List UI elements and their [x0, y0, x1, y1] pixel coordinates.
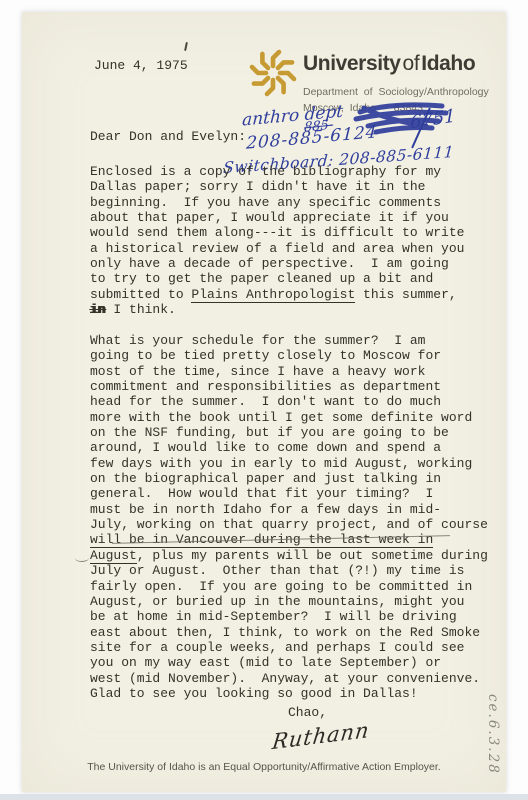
typed-lines: Enclosed is a copy of the bibliography f… [90, 164, 464, 287]
typed-line: July or August. Other than that (?!) my … [90, 563, 488, 578]
line-text: I think. [106, 302, 176, 317]
typed-line: August, plus my parents will be out some… [90, 548, 488, 563]
typed-lines: July or August. Other than that (?!) my … [90, 563, 488, 701]
scanned-letter-page: June 4, 1975 UniversityofIdaho Departmen… [0, 0, 528, 800]
paragraph-2: What is your schedule for the summer? I … [90, 333, 488, 701]
typed-line: few days with you in early to mid August… [90, 456, 488, 471]
university-name-part: University [303, 52, 401, 75]
line-text: , plus my parents will be out sometime d… [137, 548, 488, 563]
paragraph-1: Enclosed is a copy of the bibliography f… [90, 164, 464, 317]
typed-line: about that paper, I would appreciate it … [90, 210, 464, 225]
archival-code-vertical: ce.6.3.28 [485, 694, 501, 775]
typed-line: on the biographical paper and just talki… [90, 471, 488, 486]
typed-line: submitted to Plains Anthropologist this … [90, 287, 464, 302]
typed-line: fairly open. If you are going to be comm… [90, 579, 488, 594]
typed-line: east about then, I think, to work on the… [90, 625, 488, 640]
department-line: Department of Sociology/Anthropology [303, 86, 489, 98]
typed-line: Glad to see you looking so good in Dalla… [90, 686, 488, 701]
typed-line: only have a decade of perspective. I am … [90, 256, 464, 271]
letter-date: June 4, 1975 [94, 58, 188, 73]
typed-line: August, or buried up in the mountains, m… [90, 594, 488, 609]
underlined-journal-title: Plains Anthropologist [191, 287, 355, 303]
typed-line: beginning. If you have any specific comm… [90, 195, 464, 210]
university-name-of: of [403, 52, 420, 75]
university-sunburst-logo-icon [246, 45, 300, 101]
typed-line: to try to get the paper cleaned up a bit… [90, 271, 464, 286]
handwritten-signature: Ruthann [271, 718, 371, 754]
typed-line: Dallas paper; sorry I didn't have it in … [90, 179, 464, 194]
university-name-part: Idaho [421, 52, 475, 75]
overstruck-typo: in [90, 302, 106, 317]
pencil-curve-mark [75, 554, 89, 562]
typed-line: on the NSF funding, but if you are going… [90, 425, 488, 440]
line-text: this summer, [355, 287, 456, 302]
typed-line: a historical review of a field and area … [90, 241, 464, 256]
typed-line: most of the time, since I have a heavy w… [90, 364, 488, 379]
line-text: submitted to [90, 287, 191, 302]
typed-lines: What is your schedule for the summer? I … [90, 333, 488, 532]
typed-line: Enclosed is a copy of the bibliography f… [90, 164, 464, 179]
typed-line: in I think. [90, 302, 464, 317]
typed-line: going to be tied pretty closely to Mosco… [90, 348, 488, 363]
typed-line: more with the book until I get some defi… [90, 410, 488, 425]
typed-line: commitment and responsibilities as depar… [90, 379, 488, 394]
typed-line: site for a couple weeks, and perhaps I c… [90, 640, 488, 655]
typed-line: What is your schedule for the summer? I … [90, 333, 488, 348]
footer-eeo-statement: The University of Idaho is an Equal Oppo… [22, 761, 506, 773]
typed-line: be at home in mid-September? I will be d… [90, 609, 488, 624]
university-name: UniversityofIdaho [303, 52, 475, 76]
underlined-august: August [90, 548, 137, 564]
salutation: Dear Don and Evelyn: [90, 129, 246, 144]
typed-line: would send them along---it is difficult … [90, 225, 464, 240]
typed-line: must be in north Idaho for a few days in… [90, 502, 488, 517]
typed-line: head for the summer. I don't want to do … [90, 394, 488, 409]
typed-line: around, I would like to come down and sp… [90, 440, 488, 455]
typed-line: general. How would that fit your timing?… [90, 486, 488, 501]
typed-line: July, working on that quarry project, an… [90, 517, 488, 532]
underlined-vancouver-phrase: will be in Vancouver during the last wee… [90, 532, 433, 548]
letter-paper: June 4, 1975 UniversityofIdaho Departmen… [22, 12, 506, 792]
typed-line: west (mid November). Anyway, at your con… [90, 671, 488, 686]
pencil-tick-mark [184, 42, 188, 51]
closing-word: Chao, [288, 705, 327, 720]
typed-line: you on my way east (mid to late Septembe… [90, 655, 488, 670]
